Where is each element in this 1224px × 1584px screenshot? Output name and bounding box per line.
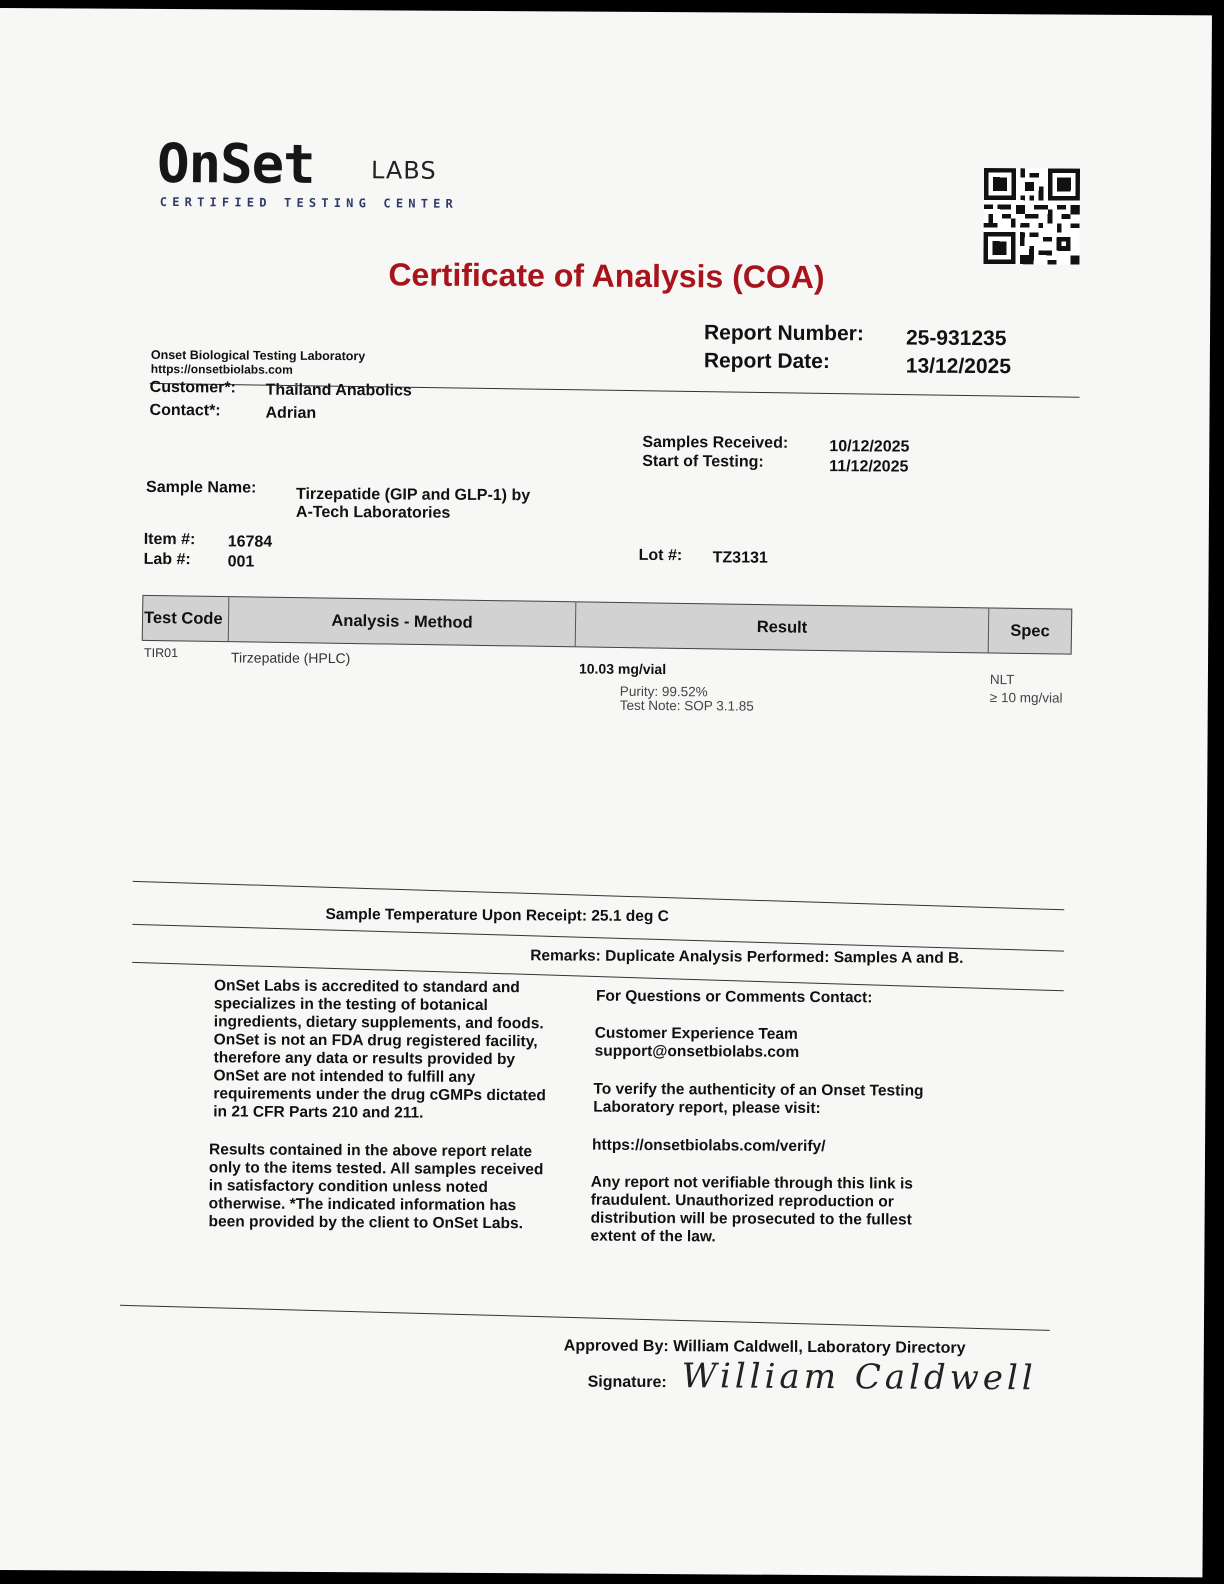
sample-name-line1: Tirzepatide (GIP and GLP-1) by [296, 486, 530, 505]
verify-line1: To verify the authenticity of an Onset T… [593, 1081, 923, 1101]
page-title: Certificate of Analysis (COA) [388, 256, 824, 296]
spec-line1: NLT [990, 673, 1015, 687]
col-analysis-method: Analysis - Method [229, 597, 577, 646]
spec-line2: ≥ 10 mg/vial [990, 691, 1063, 705]
result-value: 10.03 mg/vial [579, 661, 666, 678]
sample-name-line2: A-Tech Laboratories [296, 504, 451, 523]
start-testing-label: Start of Testing: [642, 453, 764, 472]
sample-temperature: Sample Temperature Upon Receipt: 25.1 de… [325, 906, 668, 926]
item-label: Item #: [144, 531, 196, 549]
report-number-label: Report Number: [704, 321, 864, 346]
samples-received-value: 10/12/2025 [829, 438, 909, 456]
divider [133, 881, 1065, 910]
lot-label: Lot #: [639, 547, 683, 565]
col-spec: Spec [989, 608, 1072, 653]
lab-number-value: 001 [228, 553, 255, 571]
qr-code-icon [983, 168, 1080, 265]
sample-name-label: Sample Name: [146, 479, 256, 498]
coa-page: OnSet LABS CERTIFIED TESTING CENTER Cert… [0, 8, 1212, 1577]
report-number: 25-931235 [906, 327, 1007, 352]
col-test-code: Test Code [143, 596, 230, 641]
contact-heading: For Questions or Comments Contact: [596, 988, 873, 1008]
contact-label: Contact*: [149, 402, 220, 420]
customer-label: Customer*: [150, 379, 236, 398]
verify-line2: Laboratory report, please visit: [593, 1099, 821, 1118]
test-code: TIR01 [144, 646, 178, 660]
approved-by: Approved By: William Caldwell, Laborator… [564, 1337, 966, 1357]
divider [120, 1305, 1050, 1331]
customer-value: Thailand Anabolics [266, 382, 412, 401]
lab-number-label: Lab #: [144, 551, 191, 569]
logo: OnSet [157, 137, 315, 192]
results-table-header: Test Code Analysis - Method Result Spec [142, 595, 1073, 655]
analysis-method: Tirzepatide (HPLC) [231, 649, 350, 666]
report-date-label: Report Date: [704, 349, 830, 374]
contact-email[interactable]: support@onsetbiolabs.com [595, 1043, 800, 1062]
remarks: Remarks: Duplicate Analysis Performed: S… [530, 947, 963, 968]
accreditation-disclaimer: OnSet Labs is accredited to standard and… [213, 977, 594, 1123]
contact-value: Adrian [265, 405, 316, 423]
fraud-warning: Any report not verifiable through this l… [590, 1174, 970, 1248]
item-value: 16784 [228, 533, 273, 551]
logo-suffix: LABS [371, 156, 437, 184]
signature-label: Signature: [588, 1374, 667, 1392]
lab-url: https://onsetbiolabs.com [151, 362, 293, 377]
logo-tagline: CERTIFIED TESTING CENTER [160, 195, 458, 211]
col-result: Result [576, 602, 990, 652]
lot-value: TZ3131 [713, 549, 768, 567]
lab-name: Onset Biological Testing Laboratory [151, 349, 365, 363]
result-test-note: Test Note: SOP 3.1.85 [620, 699, 754, 714]
results-disclaimer: Results contained in the above report re… [209, 1141, 590, 1233]
verify-link[interactable]: https://onsetbiolabs.com/verify/ [592, 1137, 826, 1156]
samples-received-label: Samples Received: [642, 434, 788, 453]
start-testing-value: 11/12/2025 [829, 458, 908, 476]
contact-team: Customer Experience Team [595, 1025, 798, 1044]
signature: William Caldwell [682, 1356, 1037, 1398]
report-date: 13/12/2025 [906, 355, 1011, 380]
table-row: TIR01 Tirzepatide (HPLC) 10.03 mg/vial P… [0, 8, 1212, 15]
